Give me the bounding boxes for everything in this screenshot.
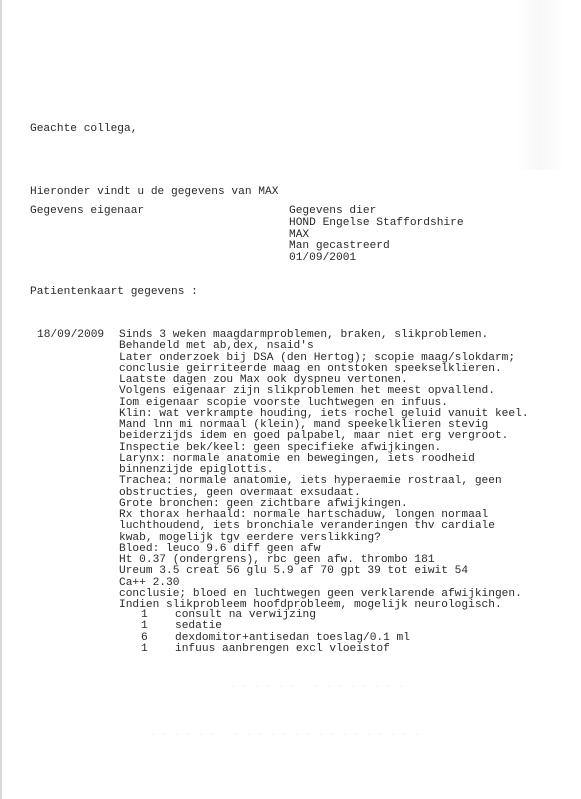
owner-label: Gegevens eigenaar <box>30 206 144 217</box>
record-items: 1consult na verwijzing1sedatie6dexdomito… <box>141 610 410 655</box>
page-edge <box>0 0 2 799</box>
bleed-through-text: - - - - - - - - - - - - - - - - - - - - … <box>150 730 420 741</box>
section-title: Patientenkaart gegevens : <box>30 287 198 298</box>
record-date: 18/09/2009 <box>37 330 104 341</box>
record-line: luchthoudend, iets bronchiale veranderin… <box>119 521 529 532</box>
record-item: 1infuus aanbrengen excl vloeistof <box>141 644 410 655</box>
record-notes: Sinds 3 weken maagdarmproblemen, braken,… <box>119 330 529 611</box>
record-line: Volgens eigenaar zijn slikproblemen het … <box>119 386 529 397</box>
animal-species-breed: HOND Engelse Staffordshire <box>289 218 464 230</box>
item-quantity: 1 <box>141 621 175 632</box>
record-line: Trachea: normale anatomie, iets hyperaem… <box>119 476 529 487</box>
item-description: sedatie <box>175 621 222 632</box>
record-item: 1sedatie <box>141 621 410 632</box>
bleed-through-text: - - - - - - - - - - - - - - <box>230 682 404 693</box>
record-line: beiderzijds idem en goed palpabel, maar … <box>119 431 529 442</box>
scan-smudge <box>515 0 565 170</box>
intro-text: Hieronder vindt u de gegevens van MAX <box>30 187 278 198</box>
greeting: Geachte collega, <box>30 124 137 135</box>
record-line: Ureum 3.5 creat 56 glu 5.9 af 70 gpt 39 … <box>119 566 529 577</box>
item-description: infuus aanbrengen excl vloeistof <box>175 644 390 655</box>
animal-birth-date: 01/09/2001 <box>289 253 464 265</box>
record-line: Behandeld met ab,dex, nsaid's <box>119 341 529 352</box>
item-quantity: 1 <box>141 644 175 655</box>
animal-details: Gegevens dier HOND Engelse Staffordshire… <box>289 206 464 265</box>
